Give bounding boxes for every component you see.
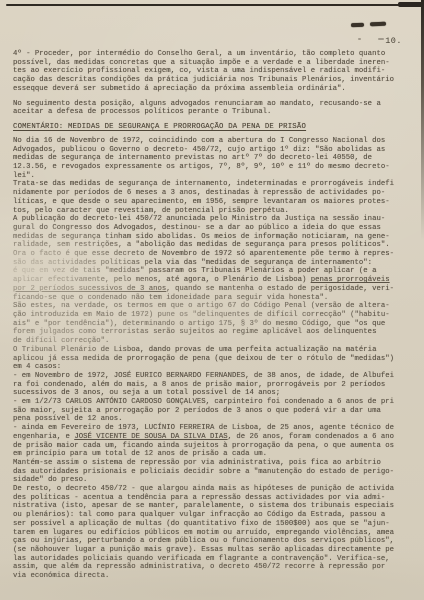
ink-mark-dash [370, 22, 386, 26]
document-paragraph: No dia 16 de Novembro de 1972, coincidin… [13, 137, 413, 581]
document-body: 4º - Proceder, por intermédio do Conselh… [13, 50, 413, 581]
document-paragraph: 4º - Proceder, por intermédio do Conselh… [13, 50, 413, 94]
scan-border-top [6, 4, 424, 6]
ink-mark-dot [378, 38, 384, 40]
ink-mark-dash [351, 23, 364, 27]
document-paragraph: No seguimento desta posição, alguns advo… [13, 100, 413, 117]
section-heading: COMENTÁRIO: MEDIDAS DE SEGURANÇA E PRORR… [13, 123, 413, 132]
page: 10. 4º - Proceder, por intermédio do Con… [0, 0, 424, 600]
page-number: 10. [385, 36, 402, 46]
ink-mark-dot [358, 38, 361, 40]
